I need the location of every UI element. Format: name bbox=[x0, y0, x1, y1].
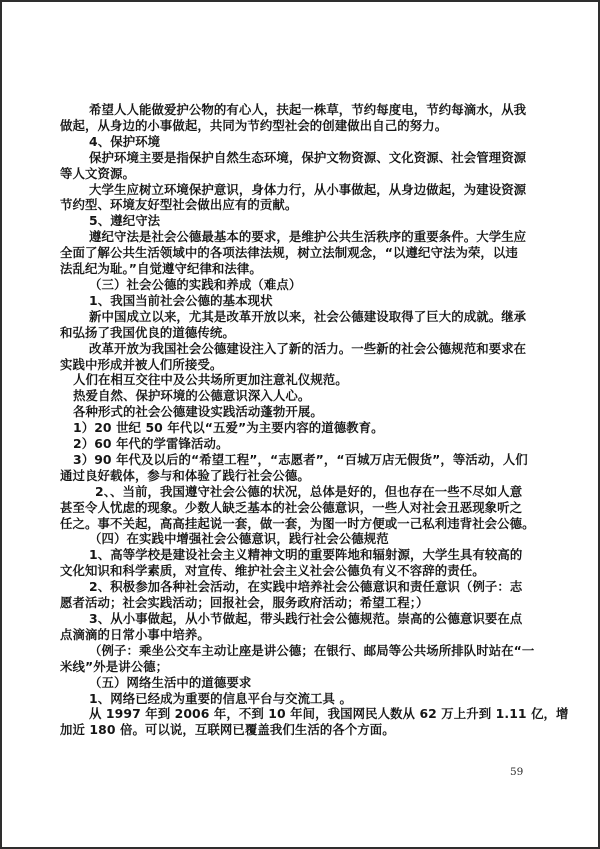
text-line: 热爱自然、保护环境的公德意识深入人心。 bbox=[60, 388, 546, 404]
text-line: （五）网络生活中的道德要求 bbox=[60, 675, 546, 691]
text-line: 1、我国当前社会公德的基本现状 bbox=[60, 293, 546, 309]
text-line: 遵纪守法是社会公德最基本的要求，是维护公共生活秩序的重要条件。大学生应 bbox=[60, 229, 546, 245]
page-body: 希望人人能做爱护公物的有心人，扶起一株草，节约每度电，节约每滴水，从我做起，从身… bbox=[60, 102, 546, 738]
text-line: 加近 180 倍。可以说，互联网已覆盖我们生活的各个方面。 bbox=[60, 722, 546, 738]
text-line: 甚至令人忧虑的现象。少数人缺乏基本的社会公德意识，一些人对社会丑恶现象听之 bbox=[60, 500, 546, 516]
text-line: （三）社会公德的实践和养成（难点） bbox=[60, 277, 546, 293]
document-page: 希望人人能做爱护公物的有心人，扶起一株草，节约每度电，节约每滴水，从我做起，从身… bbox=[0, 0, 600, 849]
text-line: 1、网络已经成为重要的信息平台与交流工具 。 bbox=[60, 691, 546, 707]
text-line: 3）90 年代及以后的“希望工程”，“志愿者”，“百城万店无假货”，等活动，人们 bbox=[60, 452, 546, 468]
text-line: 点滴滴的日常小事中培养。 bbox=[60, 627, 546, 643]
text-line: 米线”外是讲公德； bbox=[60, 659, 546, 675]
text-line: 5、遵纪守法 bbox=[60, 213, 546, 229]
text-line: 4、保护环境 bbox=[60, 134, 546, 150]
text-line: 2、积极参加各种社会活动，在实践中培养社会公德意识和责任意识（例子：志 bbox=[60, 579, 546, 595]
text-line: 和弘扬了我国优良的道德传统。 bbox=[60, 325, 546, 341]
page-number: 59 bbox=[510, 766, 523, 778]
text-line: 任之。事不关起，高高挂起说一套，做一套，为图一时方便或一己私利违背社会公德。 bbox=[60, 516, 546, 532]
text-line: （例子：乘坐公交车主动让座是讲公德；在银行、邮局等公共场所排队时站在“一 bbox=[60, 643, 546, 659]
text-line: 通过良好载体，参与和体验了践行社会公德。 bbox=[60, 468, 546, 484]
text-line: 希望人人能做爱护公物的有心人，扶起一株草，节约每度电，节约每滴水，从我 bbox=[60, 102, 546, 118]
text-line: 保护环境主要是指保护自然生态环境，保护文物资源、文化资源、社会管理资源 bbox=[60, 150, 546, 166]
text-line: 2、、当前，我国遵守社会公德的状况，总体是好的，但也存在一些不尽如人意 bbox=[60, 484, 546, 500]
text-line: 2）60 年代的学雷锋活动。 bbox=[60, 436, 546, 452]
text-line: 改革开放为我国社会公德建设注入了新的活力。一些新的社会公德规范和要求在 bbox=[60, 341, 546, 357]
text-line: 1）20 世纪 50 年代以“五爱”为主要内容的道德教育。 bbox=[60, 420, 546, 436]
text-line: 等人文资源。 bbox=[60, 166, 546, 182]
text-line: 从 1997 年到 2006 年，不到 10 年间，我国网民人数从 62 万上升… bbox=[60, 706, 546, 722]
text-line: 愿者活动；社会实践活动；回报社会，服务政府活动；希望工程；） bbox=[60, 595, 546, 611]
text-line: 节约型、环境友好型社会做出应有的贡献。 bbox=[60, 197, 546, 213]
text-line: 实践中形成并被人们所接受。 bbox=[60, 357, 546, 373]
text-line: 文化知识和科学素质，对宣传、维护社会主义社会公德负有义不容辞的责任。 bbox=[60, 563, 546, 579]
text-line: 人们在相互交往中及公共场所更加注意礼仪规范。 bbox=[60, 372, 546, 388]
text-line: 3、从小事做起，从小节做起，带头践行社会公德规范。崇高的公德意识要在点 bbox=[60, 611, 546, 627]
text-line: 做起，从身边的小事做起，共同为节约型社会的创建做出自己的努力。 bbox=[60, 118, 546, 134]
text-line: 全面了解公共生活领域中的各项法律法规，树立法制观念，“以遵纪守法为荣，以违 bbox=[60, 245, 546, 261]
text-line: （四）在实践中增强社会公德意识，践行社会公德规范 bbox=[60, 531, 546, 547]
text-line: 新中国成立以来，尤其是改革开放以来，社会公德建设取得了巨大的成就。继承 bbox=[60, 309, 546, 325]
text-line: 各种形式的社会公德建设实践活动蓬勃开展。 bbox=[60, 404, 546, 420]
text-line: 大学生应树立环境保护意识，身体力行，从小事做起，从身边做起，为建设资源 bbox=[60, 182, 546, 198]
text-line: 1、高等学校是建设社会主义精神文明的重要阵地和辐射源，大学生具有较高的 bbox=[60, 547, 546, 563]
text-line: 法乱纪为耻。”自觉遵守纪律和法律。 bbox=[60, 261, 546, 277]
